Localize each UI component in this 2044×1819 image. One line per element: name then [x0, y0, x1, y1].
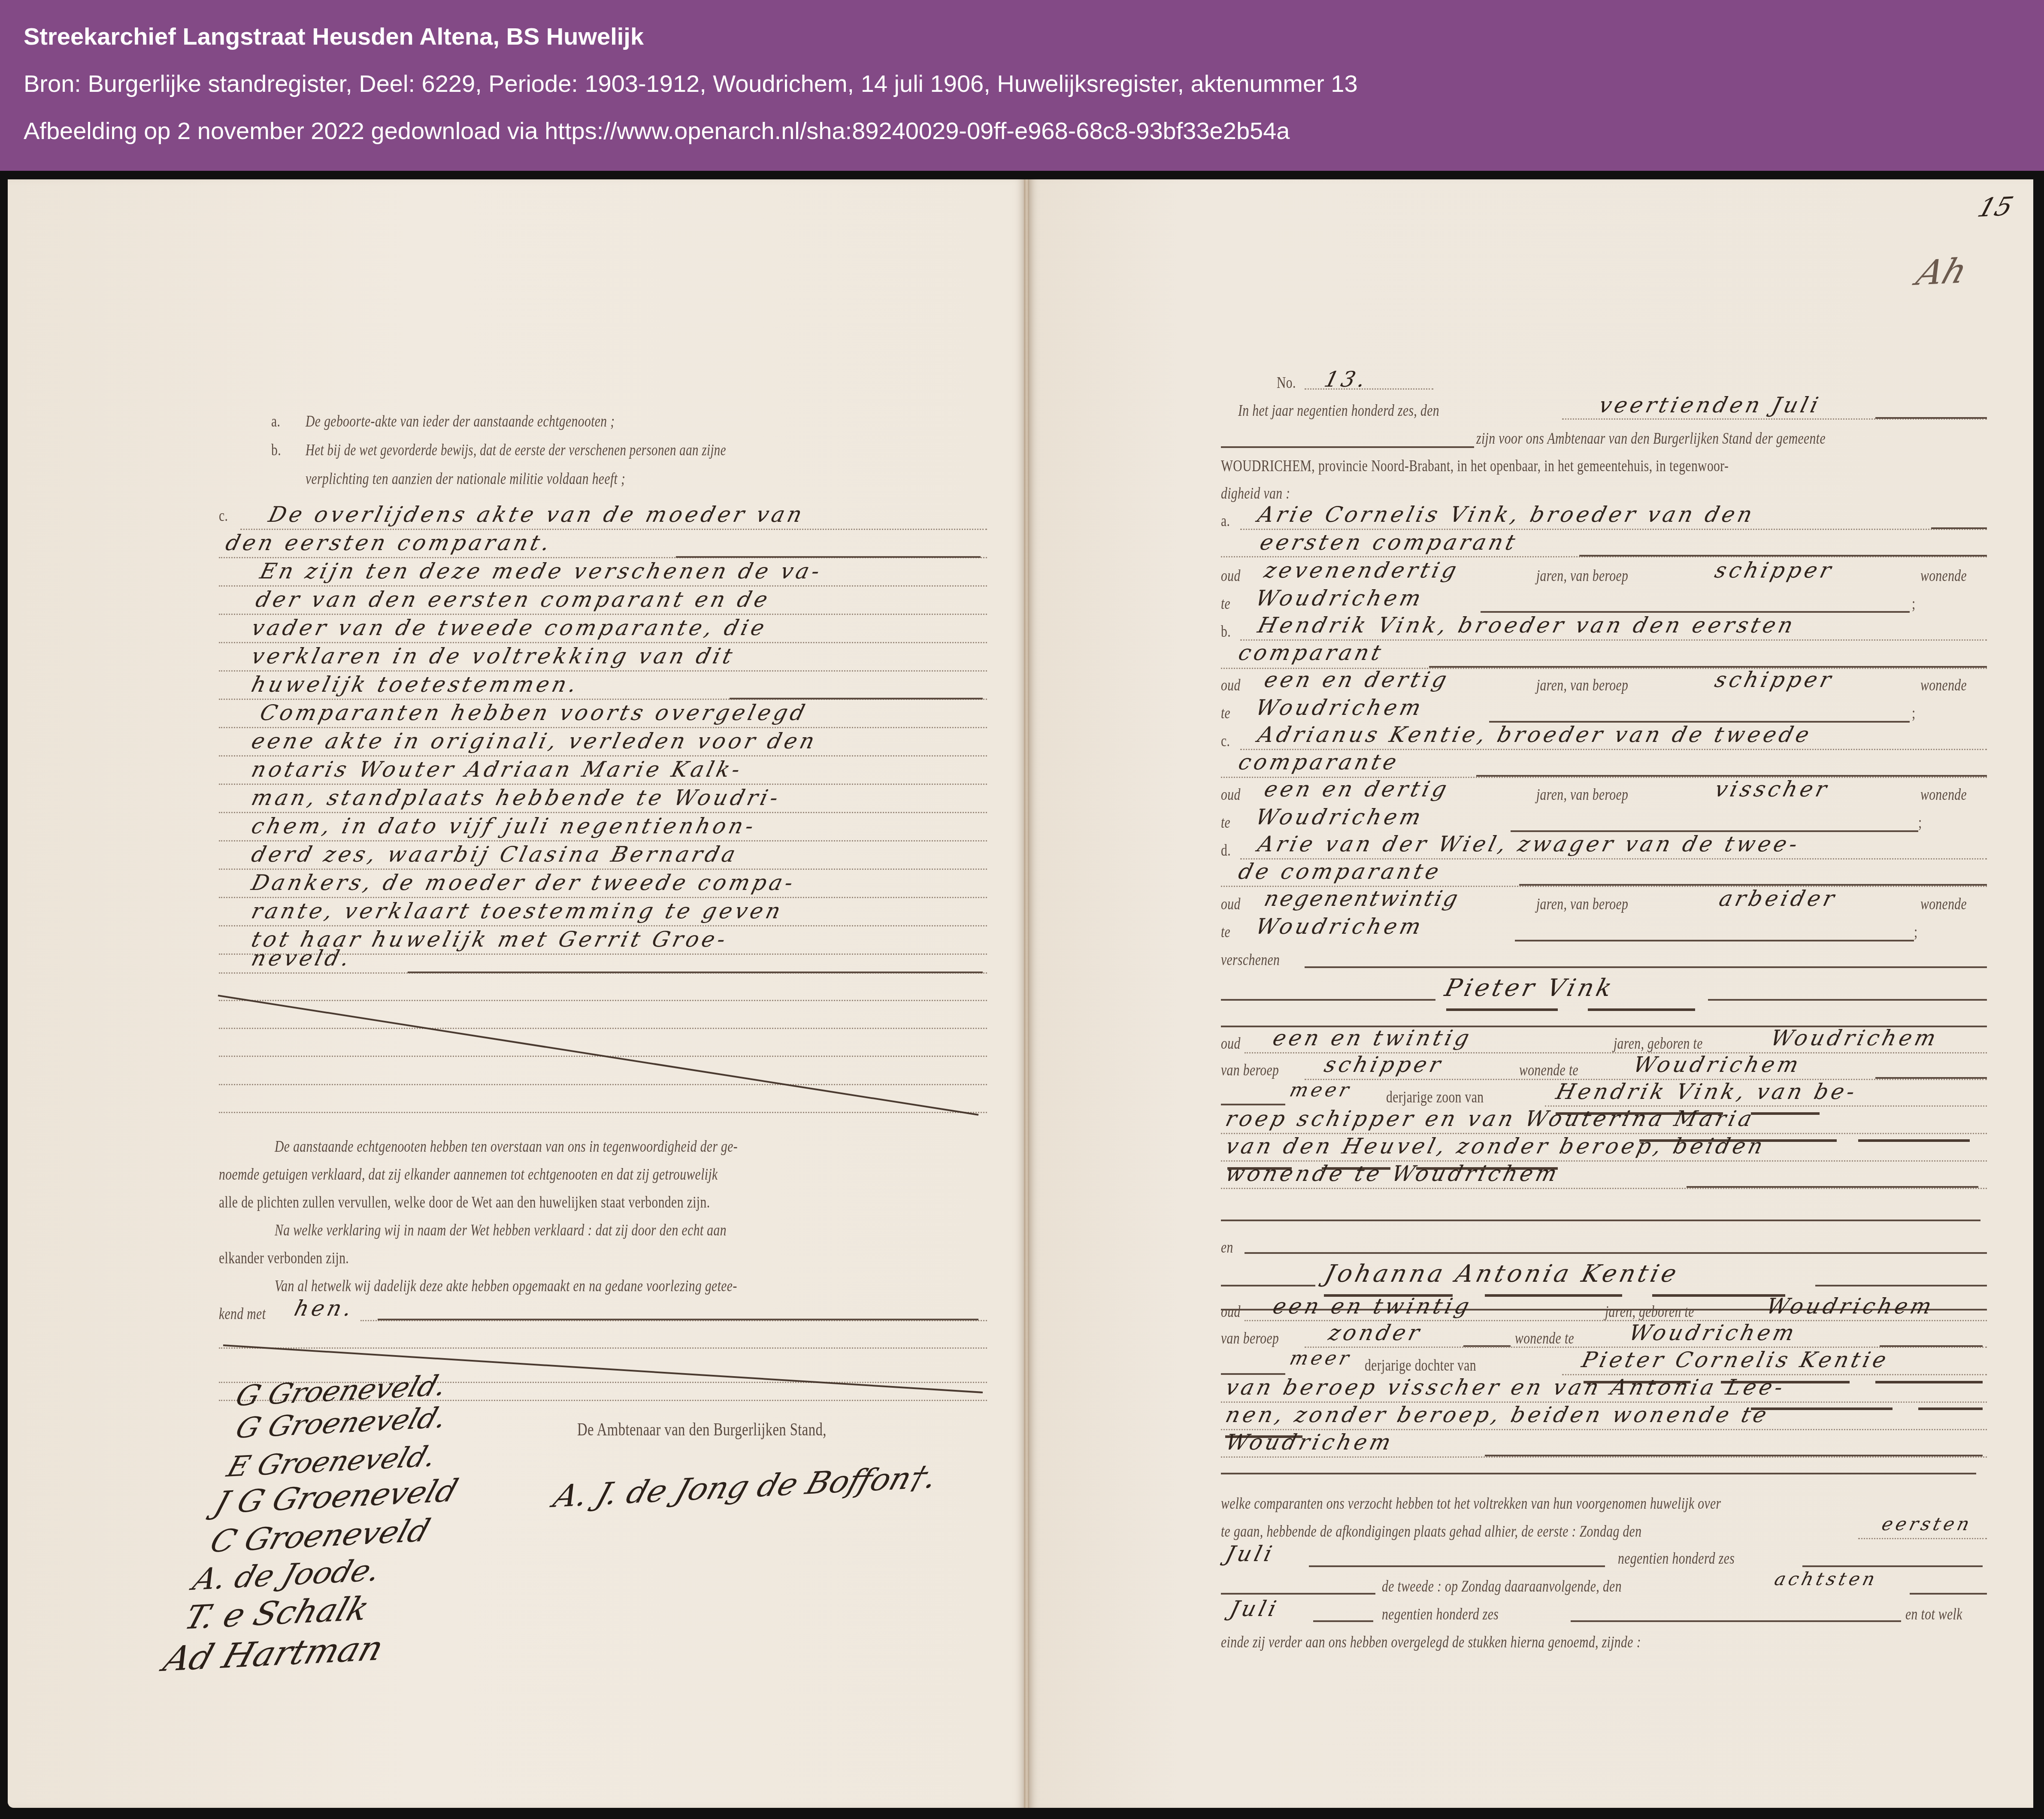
witness-desc: comparant — [1236, 640, 1387, 665]
intro-line2: zijn voor ons Ambtenaar van den Burgerli… — [1476, 429, 1826, 448]
witness-occupation: arbeider — [1717, 886, 1840, 911]
bride-majority: meer — [1287, 1347, 1354, 1369]
handwritten-line: vader van de tweede comparante, die — [249, 615, 770, 640]
witness-desc: Arie Cornelis Vink, broeder van den — [1255, 502, 1758, 527]
handwritten-line: rante, verklaart toestemming te geven — [249, 899, 786, 923]
witness-occupation: schipper — [1712, 667, 1837, 692]
bride-occupation: zonder — [1326, 1320, 1425, 1345]
declaration-line: noemde getuigen verklaard, dat zij elkan… — [219, 1165, 718, 1184]
diagonal-strike-line — [215, 991, 987, 1120]
official-caption: De Ambtenaar van den Burgerlijken Stand, — [577, 1419, 827, 1440]
act-number-label: No. — [1277, 373, 1296, 392]
bride-parents-line: nen, zonder beroep, beiden wonende te — [1223, 1402, 1772, 1427]
label-wonende: wonende — [1920, 676, 1967, 695]
witness-label: a. — [1221, 511, 1230, 530]
handwritten-line: De overlijdens akte van de moeder van — [266, 502, 808, 527]
label-semicolon: ; — [1914, 923, 1918, 941]
witness-desc: Adrianus Kentie, broeder van de tweede — [1255, 722, 1815, 747]
banns-second-day: achtsten — [1772, 1568, 1880, 1589]
bride-parents-line: van beroep visscher en van Antonia Lee- — [1223, 1375, 1788, 1400]
label-semicolon: ; — [1912, 594, 1916, 613]
witness-label: b. — [1221, 622, 1231, 641]
download-notice: Afbeelding op 2 november 2022 gedownload… — [24, 117, 1290, 145]
witness-label: c. — [1221, 732, 1230, 751]
witness-residence: Woudrichem — [1253, 914, 1426, 939]
groom-parents-line: van den Heuvel, zonder beroep, beiden — [1223, 1134, 1768, 1159]
banns-second-prefix: de tweede : op Zondag daaraanvolgende, d… — [1382, 1577, 1622, 1596]
intro-line4: digheid van : — [1221, 484, 1290, 503]
banns-second-month: Juli — [1227, 1596, 1282, 1621]
handwritten-line: neveld. — [249, 946, 355, 971]
bride-residence: Woudrichem — [1626, 1320, 1800, 1345]
witness-desc: Arie van der Wiel, zwager van de twee- — [1255, 832, 1803, 857]
banns-year-2: negentien honderd zes — [1382, 1605, 1499, 1624]
item-c-label: c. — [219, 506, 228, 525]
label-semicolon: ; — [1918, 813, 1922, 832]
archive-title: Streekarchief Langstraat Heusden Altena,… — [24, 22, 644, 50]
label-jaren-geboren: jaren, geboren te — [1605, 1302, 1694, 1321]
groom-age: een en twintig — [1270, 1026, 1475, 1050]
witness-residence: Woudrichem — [1253, 586, 1426, 611]
label-wonende-te: wonende te — [1515, 1329, 1574, 1348]
label-verschenen: verschenen — [1221, 950, 1280, 969]
label-oud: oud — [1221, 676, 1241, 695]
source-citation: Bron: Burgerlijke standregister, Deel: 6… — [24, 70, 1358, 97]
item-b-label: b. — [271, 441, 281, 460]
groom-parents-line: Hendrik Vink, van be- — [1553, 1079, 1860, 1104]
groom-parents-line: wonende te Woudrichem — [1223, 1161, 1563, 1186]
witness-desc: comparante — [1236, 750, 1402, 775]
groom-residence: Woudrichem — [1631, 1052, 1804, 1077]
item-a-text: De geboorte-akte van ieder der aanstaand… — [306, 412, 615, 431]
label-jaren-geboren: jaren, geboren te — [1614, 1034, 1703, 1053]
label-wonende-te: wonende te — [1519, 1061, 1578, 1080]
intro-date: veertienden Juli — [1596, 393, 1824, 418]
banns-en-tot-welk: en tot welk — [1905, 1605, 1962, 1624]
label-te: te — [1221, 813, 1230, 832]
handwritten-line: verklaren in de voltrekking van dit — [249, 644, 738, 669]
item-b-continuation: verplichting ten aanzien der nationale m… — [306, 469, 625, 488]
declaration-line: Van al hetwelk wij dadelijk deze akte he… — [275, 1277, 737, 1295]
label-oud: oud — [1221, 1034, 1241, 1053]
handwritten-line: chem, in dato vijf juli negentienhon- — [249, 814, 759, 838]
witness-label: d. — [1221, 841, 1231, 860]
intro-prefix: In het jaar negentien honderd zes, den — [1238, 401, 1439, 420]
label-derjarige-dochter: derjarige dochter van — [1365, 1356, 1476, 1375]
witness-residence: Woudrichem — [1253, 805, 1426, 829]
label-van-beroep: van beroep — [1221, 1061, 1279, 1080]
declaration-line: De aanstaande echtgenooten hebben ten ov… — [275, 1137, 738, 1156]
label-oud: oud — [1221, 895, 1241, 914]
declaration-line: alle de plichten zullen vervullen, welke… — [219, 1193, 710, 1212]
label-jaren-beroep: jaren, van beroep — [1536, 785, 1628, 804]
bride-age: een en twintig — [1270, 1294, 1475, 1319]
banns-first-month: Juli — [1223, 1541, 1278, 1566]
groom-birthplace: Woudrichem — [1768, 1026, 1941, 1050]
banns-line1: welke comparanten ons verzocht hebben to… — [1221, 1494, 1721, 1513]
label-jaren-beroep: jaren, van beroep — [1536, 895, 1628, 914]
handwritten-line: huwelijk toetestemmen. — [249, 672, 582, 697]
declaration-line: elkander verbonden zijn. — [219, 1249, 349, 1268]
declaration-line: kend met — [219, 1304, 266, 1323]
handwritten-line: Comparanten hebben voorts overgelegd — [257, 700, 810, 725]
archive-header-banner: Streekarchief Langstraat Heusden Altena,… — [0, 0, 2044, 171]
handwritten-line: Dankers, de moeder der tweede compa- — [249, 870, 799, 895]
label-wonende: wonende — [1920, 895, 1967, 914]
banns-line2: te gaan, hebbende de afkondigingen plaat… — [1221, 1522, 1641, 1541]
handwritten-line: der van den eersten comparant en de — [253, 587, 773, 612]
label-te: te — [1221, 923, 1230, 941]
label-jaren-beroep: jaren, van beroep — [1536, 676, 1628, 695]
handwritten-line: den eersten comparant. — [223, 530, 555, 555]
label-oud: oud — [1221, 785, 1241, 804]
witness-desc: Hendrik Vink, broeder van den eersten — [1255, 613, 1799, 638]
witness-desc: de comparante — [1236, 859, 1444, 884]
witness-age: negenentwintig — [1262, 886, 1462, 911]
banns-closing: einde zij verder aan ons hebben overgele… — [1221, 1633, 1641, 1652]
label-oud: oud — [1221, 1302, 1241, 1321]
bride-parents-line: Woudrichem — [1223, 1430, 1396, 1455]
groom-occupation: schipper — [1322, 1052, 1446, 1077]
label-en: en — [1221, 1238, 1233, 1257]
bride-birthplace: Woudrichem — [1764, 1294, 1937, 1319]
label-wonende: wonende — [1920, 566, 1967, 585]
bride-name: Johanna Antonia Kentie — [1322, 1260, 1682, 1288]
label-te: te — [1221, 704, 1230, 723]
handwritten-line: En zijn ten deze mede verschenen de va- — [257, 559, 825, 584]
groom-majority: meer — [1287, 1079, 1354, 1101]
item-a-label: a. — [271, 412, 280, 431]
handwritten-line: derd zes, waarbij Clasina Bernarda — [249, 842, 741, 867]
item-b-text: Het bij de wet gevorderde bewijs, dat de… — [306, 441, 726, 460]
handwritten-hen: hen. — [292, 1296, 357, 1321]
witness-occupation: schipper — [1712, 558, 1837, 583]
intro-line3: WOUDRICHEM, provincie Noord-Brabant, in … — [1221, 457, 1729, 475]
groom-name: Pieter Vink — [1442, 974, 1618, 1002]
label-te: te — [1221, 594, 1230, 613]
label-van-beroep: van beroep — [1221, 1329, 1279, 1348]
label-jaren-beroep: jaren, van beroep — [1536, 566, 1628, 585]
label-oud: oud — [1221, 566, 1241, 585]
witness-age: een en dertig — [1262, 777, 1452, 802]
label-semicolon: ; — [1912, 704, 1916, 723]
handwritten-line: eene akte in originali, verleden voor de… — [249, 729, 820, 754]
label-derjarige-zoon: derjarige zoon van — [1386, 1088, 1484, 1107]
witness-residence: Woudrichem — [1253, 695, 1426, 720]
witness-age: zevenendertig — [1262, 558, 1462, 583]
declaration-line: Na welke verklaring wij in naam der Wet … — [275, 1221, 727, 1240]
banns-first-day: eersten — [1880, 1513, 1974, 1534]
groom-parents-line: roep schipper en van Wouterina Maria — [1223, 1106, 1758, 1131]
witness-age: een en dertig — [1262, 667, 1452, 692]
witness-occupation: visscher — [1712, 777, 1832, 802]
bride-parents-line: Pieter Cornelis Kentie — [1579, 1347, 1892, 1372]
banns-year-1: negentien honderd zes — [1618, 1549, 1735, 1568]
handwritten-line: man, standplaats hebbende te Woudri- — [249, 785, 784, 810]
witness-desc: eersten comparant — [1257, 530, 1520, 555]
label-wonende: wonende — [1920, 785, 1967, 804]
handwritten-line: notaris Wouter Adriaan Marie Kalk- — [249, 757, 745, 782]
